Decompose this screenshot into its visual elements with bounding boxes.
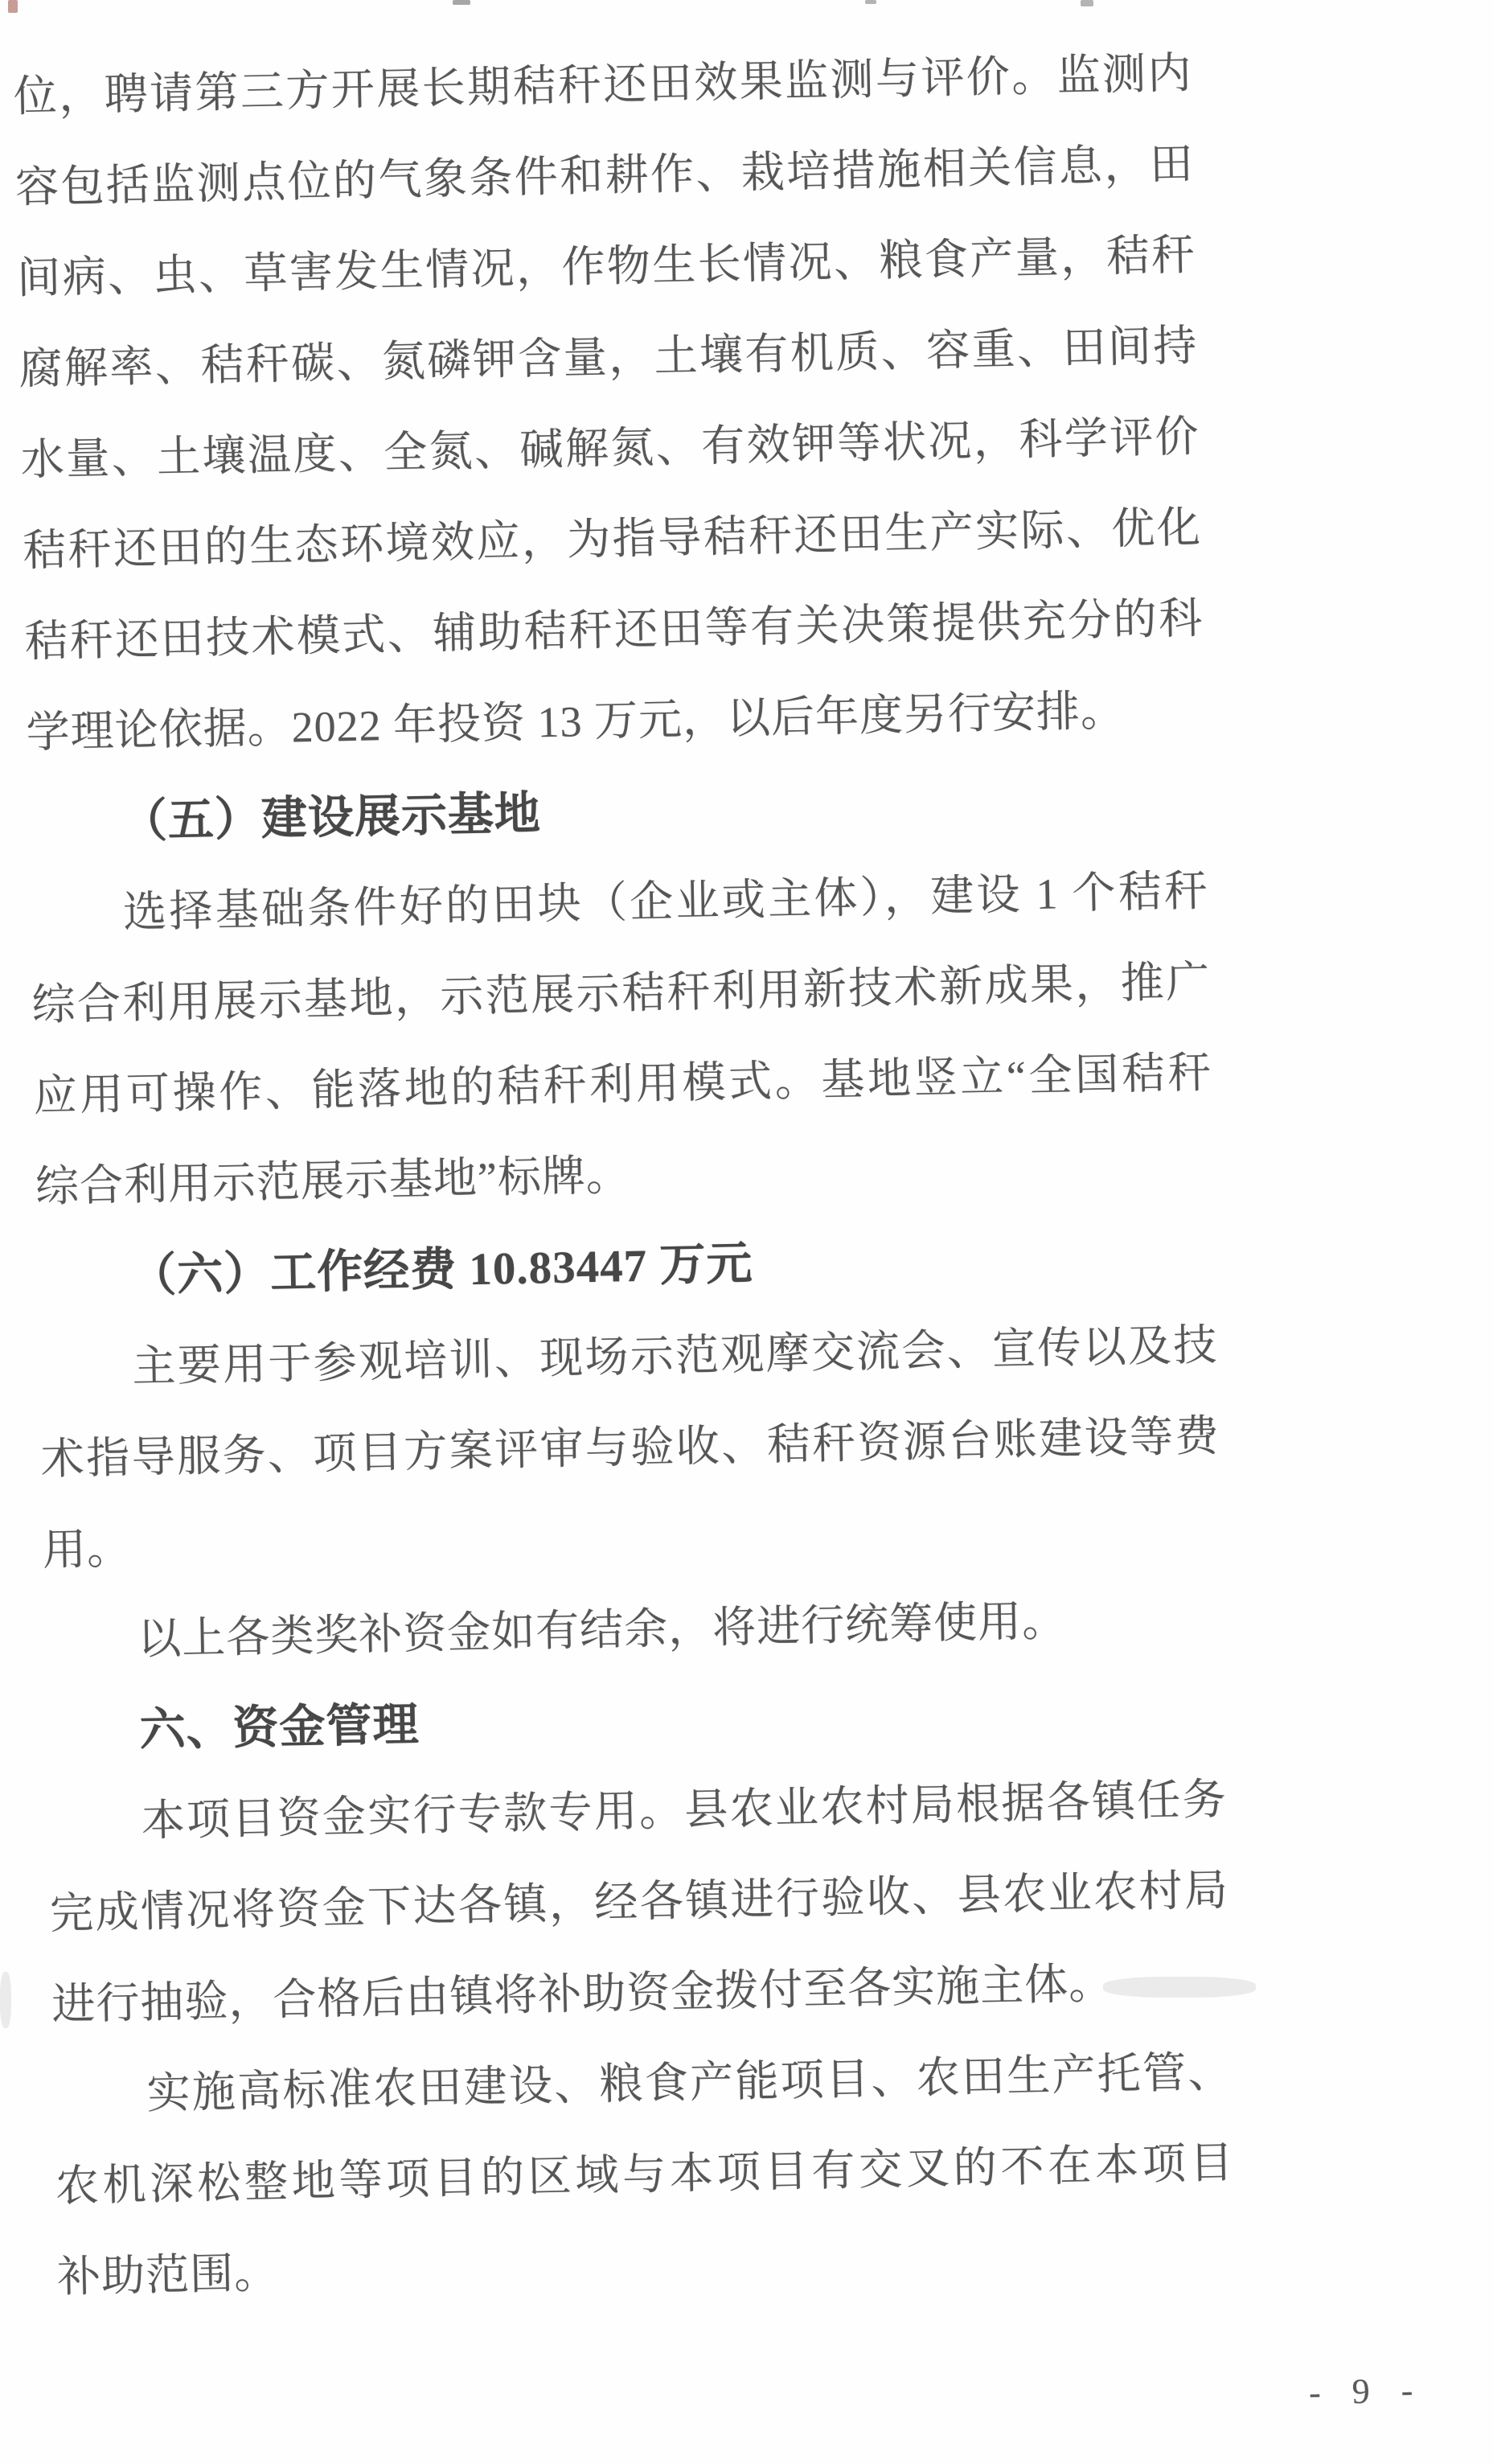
- scan-smudge: [1103, 1977, 1256, 1998]
- document-text-block: 位，聘请第三方开展长期秸秆还田效果监测与评价。监测内 容包括监测点位的气象条件和…: [13, 28, 1237, 2323]
- page-background: 位，聘请第三方开展长期秸秆还田效果监测与评价。监测内 容包括监测点位的气象条件和…: [0, 0, 1493, 2464]
- scan-speck: [453, 0, 470, 5]
- scan-speck: [8, 0, 18, 13]
- scanned-document: { "doc": { "lines": [ "位，聘请第三方开展长期秸秆还田效果…: [0, 0, 1493, 2464]
- scan-speck: [865, 0, 876, 4]
- page-number: - 9 -: [1308, 2369, 1424, 2413]
- scan-speck: [1081, 0, 1093, 6]
- scan-smudge: [0, 1972, 11, 2028]
